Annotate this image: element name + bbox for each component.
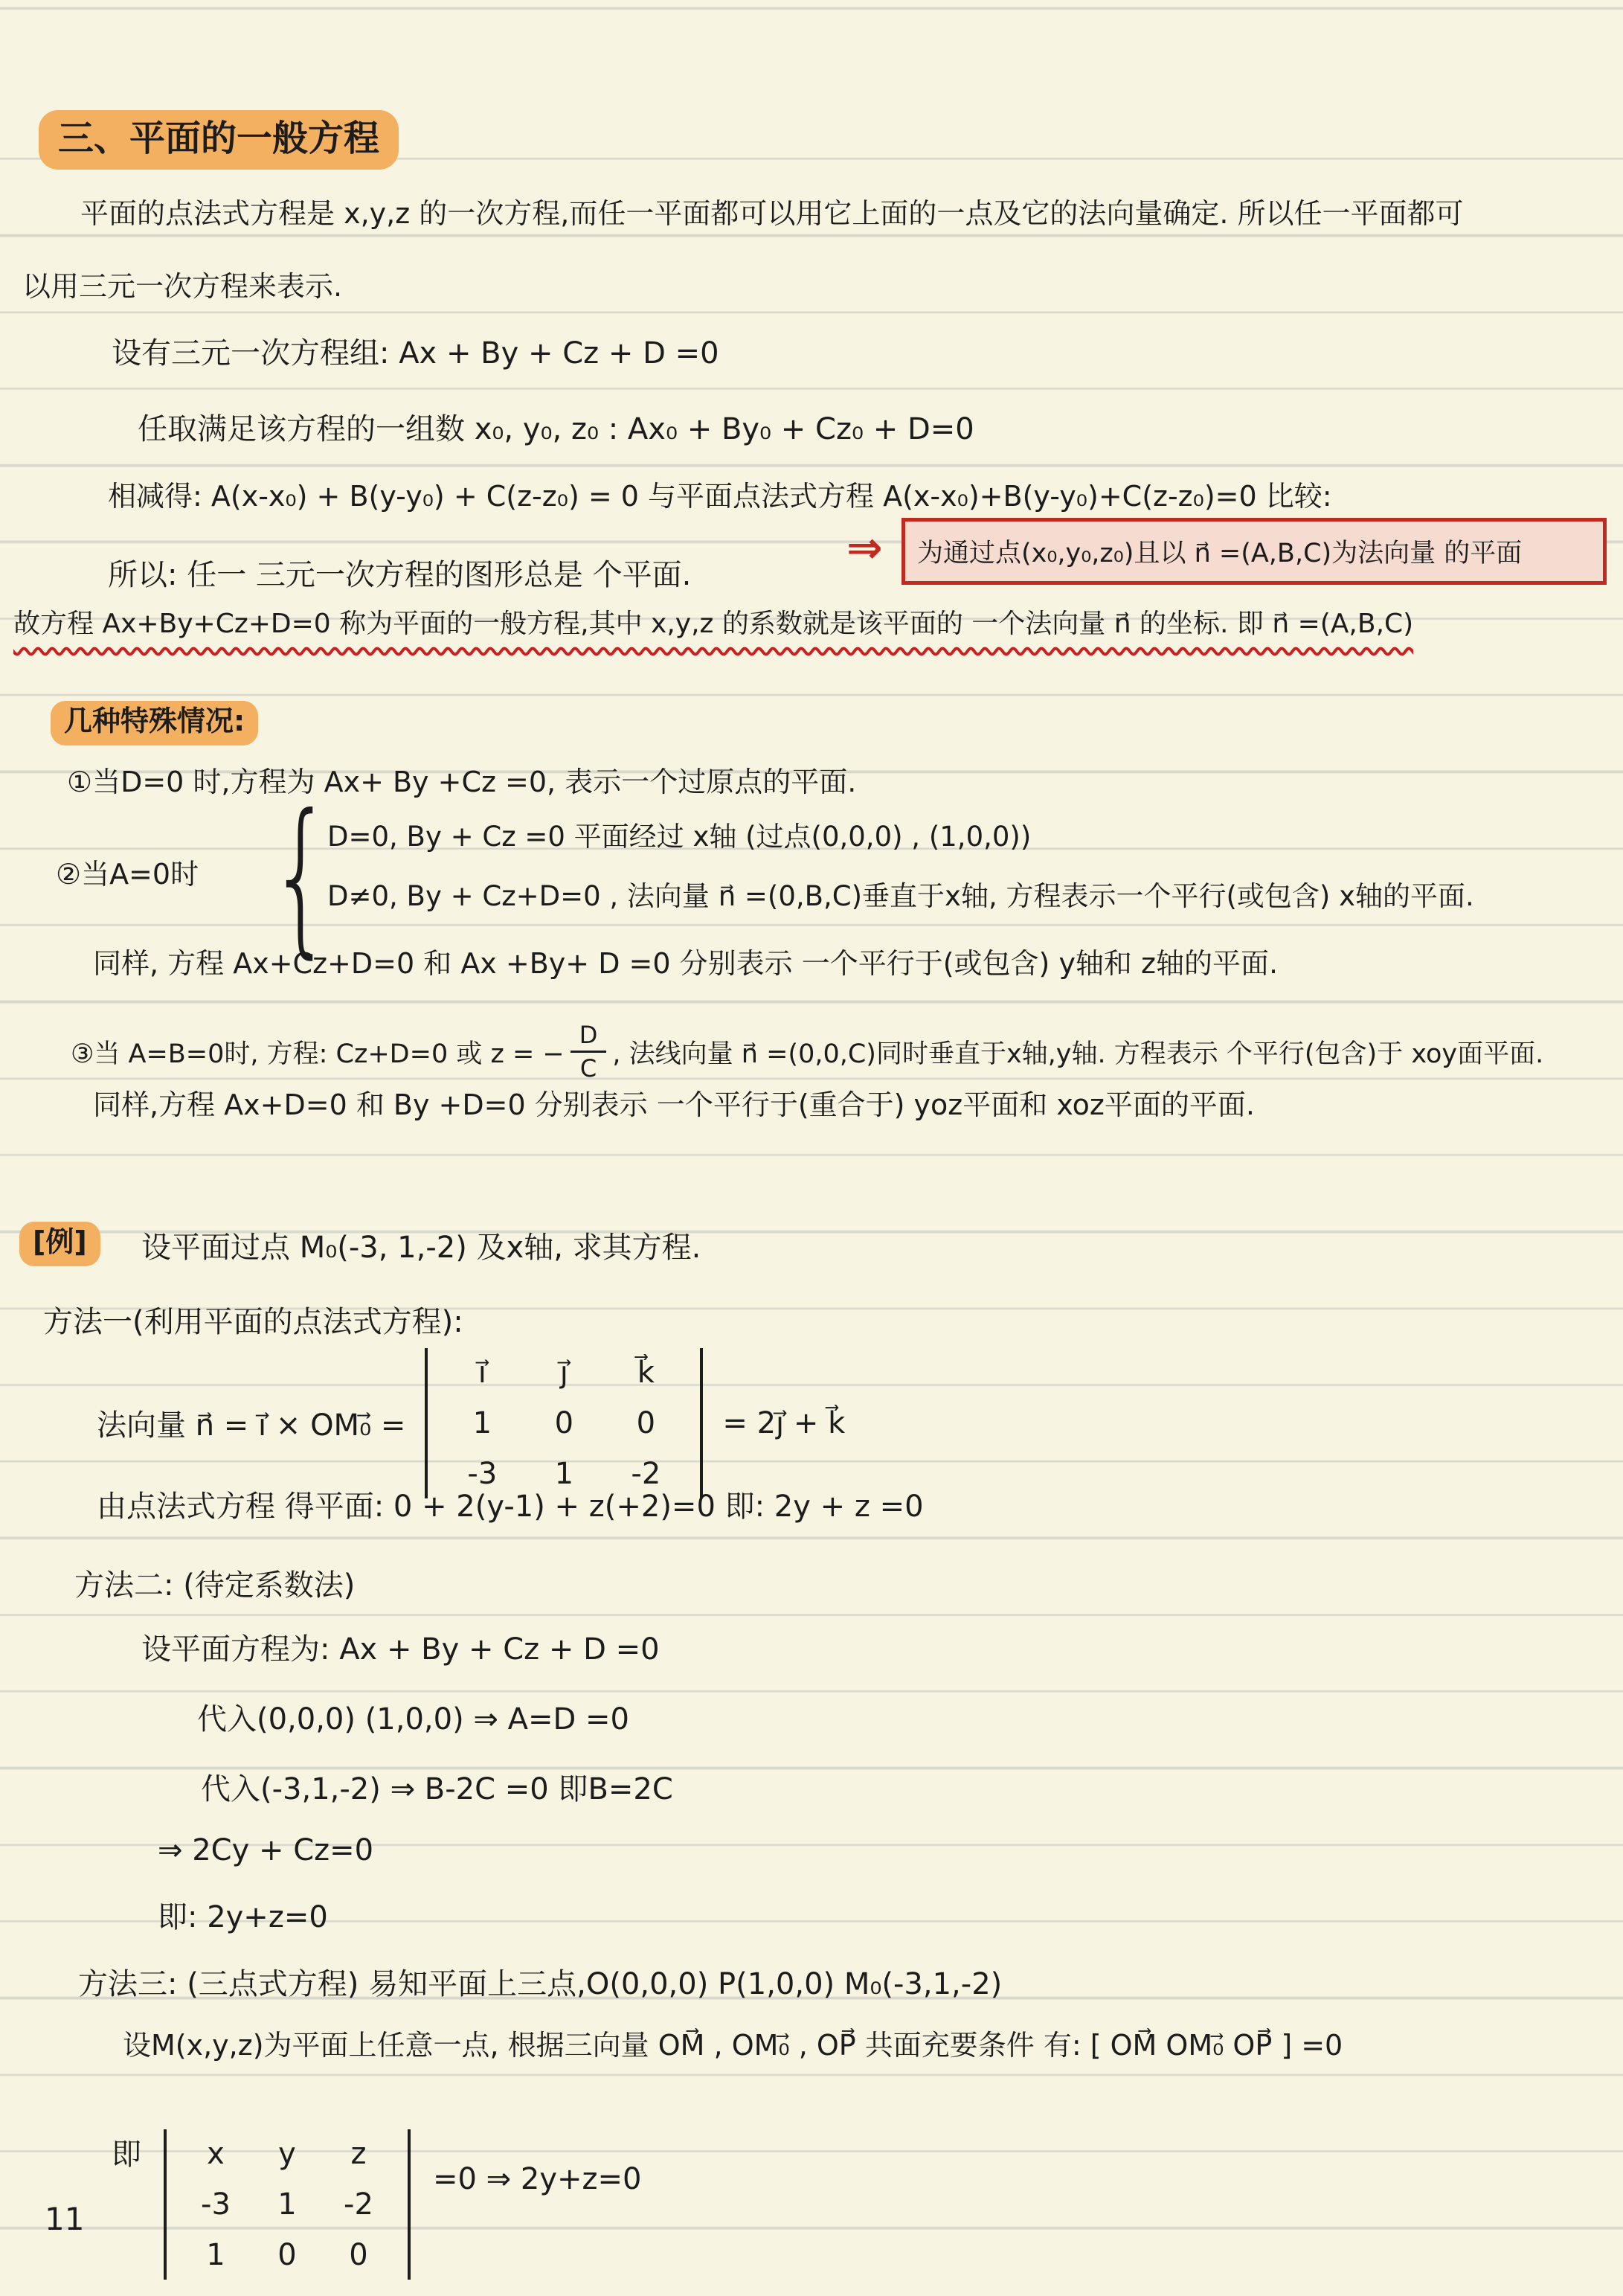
derivation-conclusion: 所以: 任一 三元一次方程的图形总是 个平面. bbox=[108, 557, 691, 594]
derivation-setup: 设有三元一次方程组: Ax + By + Cz + D =0 bbox=[112, 335, 719, 372]
determinant-matrix-1: i⃗ j⃗ k⃗ 1 0 0 -3 1 -2 bbox=[425, 1348, 703, 1498]
example-tag-highlight: [例] bbox=[19, 1222, 100, 1266]
matrix-cell: 0 bbox=[605, 1406, 687, 1440]
matrix-cell: k⃗ bbox=[605, 1356, 687, 1390]
section-title-highlight: 三、平面的一般方程 bbox=[39, 110, 399, 170]
case-3-pre: ③当 A=B=0时, 方程: Cz+D=0 或 z = − bbox=[71, 1033, 565, 1071]
fraction-numerator: D bbox=[571, 1021, 607, 1053]
intro-line-2: 以用三元一次方程来表示. bbox=[22, 269, 342, 305]
case-2-brace: { bbox=[269, 802, 333, 951]
normal-vector-annotation: 为通过点(x₀,y₀,z₀)且以 n⃗ =(A,B,C)为法向量 的平面 bbox=[917, 533, 1522, 570]
method-1-equation: 法向量 n⃗ = i⃗ × OM₀⃗ = i⃗ j⃗ k⃗ 1 0 0 -3 1… bbox=[97, 1339, 845, 1507]
matrix-row: -3 1 -2 bbox=[180, 2187, 394, 2222]
matrix-cell: 0 bbox=[523, 1406, 605, 1440]
matrix-row: 1 0 0 bbox=[441, 1406, 687, 1440]
case-3-fraction: D C bbox=[571, 1021, 607, 1083]
example-statement: 设平面过点 M₀(-3, 1,-2) 及x轴, 求其方程. bbox=[141, 1229, 701, 1266]
matrix-cell: -2 bbox=[605, 1457, 687, 1491]
case-2-label: ②当A=0时 bbox=[56, 857, 199, 893]
method-1-result: = 2j⃗ + k⃗ bbox=[722, 1406, 845, 1440]
matrix-row: -3 1 -2 bbox=[441, 1457, 687, 1491]
section-title: 三、平面的一般方程 bbox=[39, 110, 399, 170]
case-2-note: 同样, 方程 Ax+Cz+D=0 和 Ax +By+ D =0 分别表示 一个平… bbox=[93, 946, 1278, 982]
matrix-cell: j⃗ bbox=[523, 1356, 605, 1390]
matrix-cell: z bbox=[323, 2137, 394, 2171]
matrix-cell: -2 bbox=[323, 2187, 394, 2222]
matrix-cell: 1 bbox=[523, 1457, 605, 1491]
method-1-lead: 法向量 n⃗ = i⃗ × OM₀⃗ = bbox=[97, 1402, 405, 1444]
matrix-cell: y bbox=[251, 2137, 323, 2171]
matrix-row: i⃗ j⃗ k⃗ bbox=[441, 1356, 687, 1390]
notebook-page: 三、平面的一般方程 平面的点法式方程是 x,y,z 的一次方程,而任一平面都可以… bbox=[0, 0, 1623, 2296]
special-cases-heading: 几种特殊情况: bbox=[51, 701, 258, 745]
method-3-result: =0 ⇒ 2y+z=0 bbox=[433, 2162, 642, 2196]
method-1-heading: 方法一(利用平面的点法式方程): bbox=[43, 1303, 463, 1341]
general-equation-text: 故方程 Ax+By+Cz+D=0 称为平面的一般方程,其中 x,y,z 的系数就… bbox=[13, 609, 1413, 639]
method-2-line-2: 代入(0,0,0) (1,0,0) ⇒ A=D =0 bbox=[197, 1701, 629, 1738]
method-2-line-4: ⇒ 2Cy + Cz=0 bbox=[158, 1832, 373, 1869]
determinant-matrix-2: x y z -3 1 -2 1 0 0 bbox=[164, 2129, 411, 2280]
method-3-lead: 即 bbox=[112, 2131, 141, 2173]
special-cases-highlight: 几种特殊情况: bbox=[51, 701, 258, 745]
matrix-cell: 1 bbox=[251, 2187, 323, 2222]
case-2-row-2: D≠0, By + Cz+D=0 , 法向量 n⃗ =(0,B,C)垂直于x轴,… bbox=[327, 879, 1474, 914]
fraction-denominator: C bbox=[580, 1053, 597, 1083]
matrix-cell: 0 bbox=[251, 2238, 323, 2272]
case-3-post: , 法线向量 n⃗ =(0,0,C)同时垂直于x轴,y轴. 方程表示 个平行(包… bbox=[612, 1033, 1543, 1071]
matrix-cell: 0 bbox=[323, 2238, 394, 2272]
matrix-cell: x bbox=[180, 2137, 251, 2171]
case-2-row-1: D=0, By + Cz =0 平面经过 x轴 (过点(0,0,0) , (1,… bbox=[327, 820, 1031, 854]
method-2-line-3: 代入(-3,1,-2) ⇒ B-2C =0 即B=2C bbox=[201, 1771, 673, 1808]
matrix-cell: -3 bbox=[180, 2187, 251, 2222]
method-2-line-1: 设平面方程为: Ax + By + Cz + D =0 bbox=[141, 1631, 660, 1668]
example-tag: [例] bbox=[19, 1222, 100, 1266]
matrix-cell: 1 bbox=[441, 1406, 523, 1440]
case-1: ①当D=0 时,方程为 Ax+ By +Cz =0, 表示一个过原点的平面. bbox=[67, 765, 856, 801]
matrix-row: x y z bbox=[180, 2137, 394, 2171]
matrix-row: 1 0 0 bbox=[180, 2238, 394, 2272]
method-1-conclusion: 由点法式方程 得平面: 0 + 2(y-1) + z(+2)=0 即: 2y +… bbox=[97, 1488, 924, 1525]
matrix-cell: i⃗ bbox=[441, 1356, 523, 1390]
general-equation-line: 故方程 Ax+By+Cz+D=0 称为平面的一般方程,其中 x,y,z 的系数就… bbox=[13, 607, 1413, 641]
method-2-heading: 方法二: (待定系数法) bbox=[74, 1567, 355, 1604]
derivation-subtract: 相减得: A(x-x₀) + B(y-y₀) + C(z-z₀) = 0 与平面… bbox=[108, 479, 1332, 515]
case-3: ③当 A=B=0时, 方程: Cz+D=0 或 z = − D C , 法线向量… bbox=[71, 1021, 1543, 1083]
derivation-substitute: 任取满足该方程的一组数 x₀, y₀, z₀ : Ax₀ + By₀ + Cz₀… bbox=[138, 411, 974, 448]
matrix-cell: -3 bbox=[441, 1457, 523, 1491]
method-3-heading: 方法三: (三点式方程) 易知平面上三点,O(0,0,0) P(1,0,0) M… bbox=[78, 1966, 1002, 2003]
method-2-line-5: 即: 2y+z=0 bbox=[158, 1899, 328, 1936]
case-3-note: 同样,方程 Ax+D=0 和 By +D=0 分别表示 一个平行于(重合于) y… bbox=[93, 1088, 1255, 1123]
method-3-line-1: 设M(x,y,z)为平面上任意一点, 根据三向量 OM⃗ , OM₀⃗ , OP… bbox=[123, 2028, 1343, 2064]
normal-vector-annotation-box: 为通过点(x₀,y₀,z₀)且以 n⃗ =(A,B,C)为法向量 的平面 bbox=[902, 518, 1607, 585]
page-number: 11 bbox=[45, 2201, 84, 2237]
double-arrow-icon: ⇒ bbox=[846, 522, 883, 573]
intro-line-1: 平面的点法式方程是 x,y,z 的一次方程,而任一平面都可以用它上面的一点及它的… bbox=[80, 196, 1463, 232]
matrix-cell: 1 bbox=[180, 2238, 251, 2272]
method-3-equation: 即 x y z -3 1 -2 1 0 0 =0 ⇒ 2y+z=0 bbox=[112, 2119, 642, 2290]
